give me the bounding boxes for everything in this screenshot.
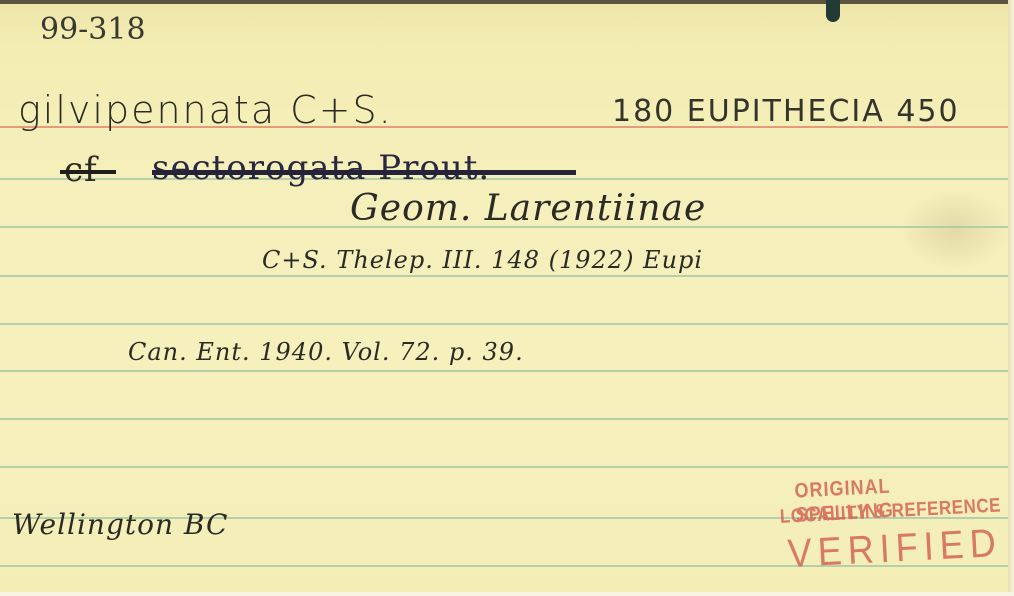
rule-line — [0, 275, 1008, 277]
species-name: gilvipennata C+S. — [18, 88, 393, 132]
clip-mark — [826, 0, 840, 22]
rule-line — [0, 418, 1008, 420]
index-card: 99-318 gilvipennata C+S. 180 EUPITHECIA … — [0, 0, 1014, 596]
family-subfamily: Geom. Larentiinae — [350, 188, 706, 229]
crossed-out-text: sectorogata Prout. — [152, 148, 490, 188]
card-top-edge — [0, 0, 1014, 4]
verified-stamp: ORIGINAL SPELLING LOCALITY & REFERENCE V… — [778, 473, 978, 483]
rule-line — [0, 466, 1008, 468]
citation: Can. Ent. 1940. Vol. 72. p. 39. — [128, 338, 524, 366]
rule-line — [0, 323, 1008, 325]
card-bottom-edge — [0, 592, 1014, 596]
original-reference: C+S. Thelep. III. 148 (1922) Eupi — [262, 246, 703, 274]
accession-number: 99-318 — [40, 12, 146, 47]
genus-index: 180 EUPITHECIA 450 — [612, 94, 960, 129]
card-right-edge — [1008, 0, 1014, 596]
cf-mark: cf — [64, 150, 98, 190]
locality: Wellington BC — [12, 508, 228, 541]
crossed-out-name: sectorogata Prout. — [152, 148, 490, 188]
smudge-stain — [900, 190, 1010, 270]
stamp-line-3: VERIFIED — [787, 520, 1003, 577]
strikethrough — [152, 170, 576, 175]
rule-line — [0, 370, 1008, 372]
strikethrough — [60, 170, 116, 174]
